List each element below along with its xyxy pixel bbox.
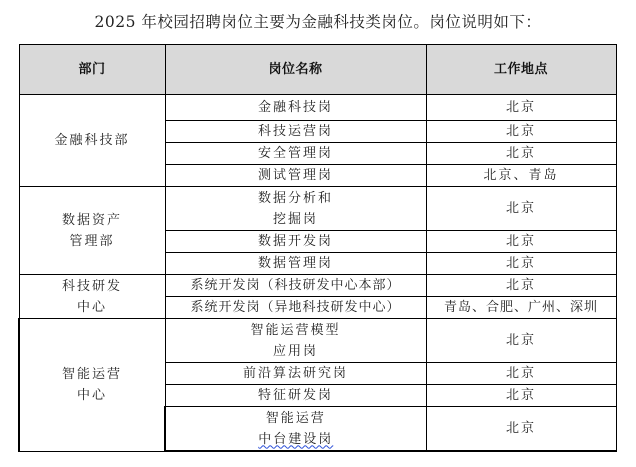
position-cell: 数据分析和 挖掘岗	[165, 187, 426, 231]
position-cell: 系统开发岗（科技研发中心本部）	[165, 275, 426, 297]
position-cell: 数据管理岗	[165, 253, 426, 275]
location-cell: 北京	[426, 187, 616, 231]
position-cell: 系统开发岗（异地科技研发中心）	[165, 297, 426, 319]
dept-cell: 智能运营 中心	[19, 319, 165, 452]
table-row: 智能运营 中心 智能运营模型 应用岗 北京	[19, 319, 616, 363]
position-line: 智能运营	[166, 408, 426, 429]
dept-line: 管理部	[20, 231, 165, 252]
dept-line: 数据资产	[20, 210, 165, 231]
table-header-row: 部门 岗位名称 工作地点	[19, 45, 616, 95]
location-cell: 北京	[426, 253, 616, 275]
position-cell: 数据开发岗	[165, 231, 426, 253]
position-cell: 安全管理岗	[165, 143, 426, 165]
dept-line: 中心	[20, 297, 165, 318]
dept-cell: 科技研发 中心	[19, 275, 165, 319]
job-positions-table: 部门 岗位名称 工作地点 金融科技部 金融科技岗 北京 科技运营岗 北京 安全管…	[18, 44, 617, 452]
position-line: 中台建设岗	[166, 429, 426, 450]
intro-paragraph: 2025 年校园招聘岗位主要为金融科技类岗位。岗位说明如下：	[0, 10, 636, 32]
location-cell: 北京	[426, 95, 616, 121]
location-cell: 北京	[426, 385, 616, 407]
spellcheck-underlined-text: 中台建设岗	[258, 432, 333, 447]
location-cell: 北京	[426, 275, 616, 297]
table-row: 金融科技部 金融科技岗 北京	[19, 95, 616, 121]
dept-cell: 金融科技部	[19, 95, 165, 187]
position-line: 智能运营模型	[166, 320, 426, 341]
location-cell: 北京	[426, 121, 616, 143]
table-row: 数据资产 管理部 数据分析和 挖掘岗 北京	[19, 187, 616, 231]
header-position: 岗位名称	[165, 45, 426, 95]
position-line: 挖掘岗	[166, 209, 426, 230]
header-dept: 部门	[19, 45, 165, 95]
dept-line: 智能运营	[20, 364, 164, 385]
position-cell: 金融科技岗	[165, 95, 426, 121]
position-cell: 智能运营 中台建设岗	[165, 407, 426, 452]
position-cell: 科技运营岗	[165, 121, 426, 143]
location-cell: 北京	[426, 363, 616, 385]
location-cell: 北京、青岛	[426, 165, 616, 187]
location-cell: 北京	[426, 231, 616, 253]
position-line: 数据分析和	[166, 188, 426, 209]
position-cell: 测试管理岗	[165, 165, 426, 187]
table-row: 科技研发 中心 系统开发岗（科技研发中心本部） 北京	[19, 275, 616, 297]
location-cell: 北京	[426, 319, 616, 363]
position-cell: 前沿算法研究岗	[165, 363, 426, 385]
position-cell: 特征研发岗	[165, 385, 426, 407]
dept-line: 科技研发	[20, 276, 165, 297]
location-cell: 青岛、合肥、广州、深圳	[426, 297, 616, 319]
header-location: 工作地点	[426, 45, 616, 95]
dept-cell: 数据资产 管理部	[19, 187, 165, 275]
position-cell: 智能运营模型 应用岗	[165, 319, 426, 363]
position-line: 应用岗	[166, 341, 426, 362]
dept-line: 中心	[20, 385, 164, 406]
location-cell: 北京	[426, 143, 616, 165]
location-cell: 北京	[426, 407, 616, 452]
